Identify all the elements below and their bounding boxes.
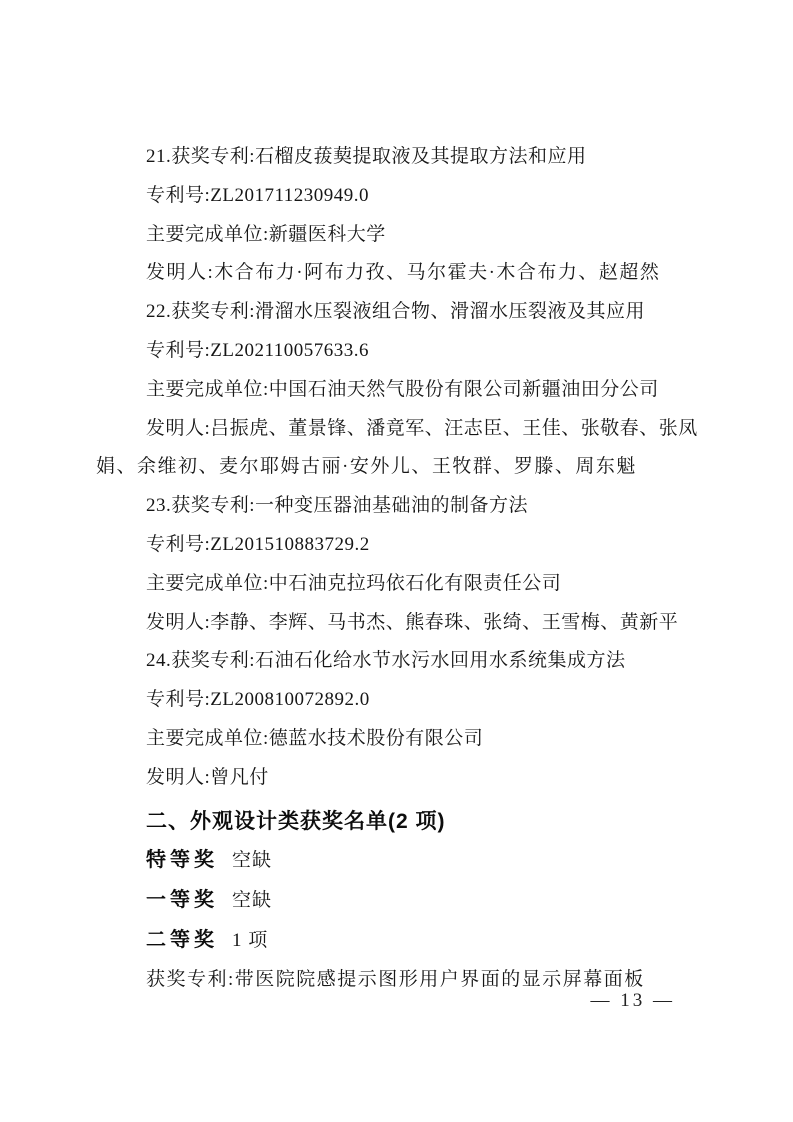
patent-21-number-line: 专利号:ZL201711230949.0 (96, 177, 690, 216)
grade-row-first: 一等奖空缺 (96, 881, 690, 921)
patent-22-inventors-wrap-line: 娟、余维初、麦尔耶姆古丽·安外儿、王牧群、罗滕、周东魁 (96, 448, 690, 487)
patent-23-unit-line: 主要完成单位:中石油克拉玛依石化有限责任公司 (96, 565, 690, 604)
grade-value-first: 空缺 (232, 890, 272, 911)
patent-22-unit-line: 主要完成单位:中国石油天然气股份有限公司新疆油田分公司 (96, 371, 690, 410)
grade-row-special: 特等奖空缺 (96, 841, 690, 881)
design-awards-section-heading: 二、外观设计类获奖名单(2 项) (96, 803, 690, 842)
grade-label-second: 二等奖 (146, 929, 218, 951)
patent-22-number-line: 专利号:ZL202110057633.6 (96, 332, 690, 371)
page-number: — 13 — (591, 990, 676, 1012)
patent-23-title-line: 23.获奖专利:一种变压器油基础油的制备方法 (96, 487, 690, 526)
grade-value-special: 空缺 (232, 850, 272, 871)
patent-24-number-line: 专利号:ZL200810072892.0 (96, 681, 690, 720)
patent-21-unit-line: 主要完成单位:新疆医科大学 (96, 216, 690, 255)
grade-label-special: 特等奖 (146, 849, 218, 871)
patent-21-inventors-line: 发明人:木合布力·阿布力孜、马尔霍夫·木合布力、赵超然 (96, 254, 690, 293)
patent-22-title-line: 22.获奖专利:滑溜水压裂液组合物、滑溜水压裂液及其应用 (96, 293, 690, 332)
patent-24-title-line: 24.获奖专利:石油石化给水节水污水回用水系统集成方法 (96, 642, 690, 681)
patent-21-title-line: 21.获奖专利:石榴皮菝葜提取液及其提取方法和应用 (96, 138, 690, 177)
grade-value-second: 1 项 (232, 930, 268, 951)
document-page: 21.获奖专利:石榴皮菝葜提取液及其提取方法和应用 专利号:ZL20171123… (0, 0, 793, 1122)
patent-23-inventors-line: 发明人:李静、李辉、马书杰、熊春珠、张绮、王雪梅、黄新平 (96, 604, 690, 643)
award-list-content: 21.获奖专利:石榴皮菝葜提取液及其提取方法和应用 专利号:ZL20171123… (96, 138, 690, 1000)
patent-24-inventors-line: 发明人:曾凡付 (96, 759, 690, 798)
patent-22-inventors-line: 发明人:吕振虎、董景锋、潘竟军、汪志臣、王佳、张敬春、张凤 (96, 410, 690, 449)
grade-label-first: 一等奖 (146, 889, 218, 911)
patent-24-unit-line: 主要完成单位:德蓝水技术股份有限公司 (96, 720, 690, 759)
patent-23-number-line: 专利号:ZL201510883729.2 (96, 526, 690, 565)
grade-row-second: 二等奖1 项 (96, 921, 690, 961)
